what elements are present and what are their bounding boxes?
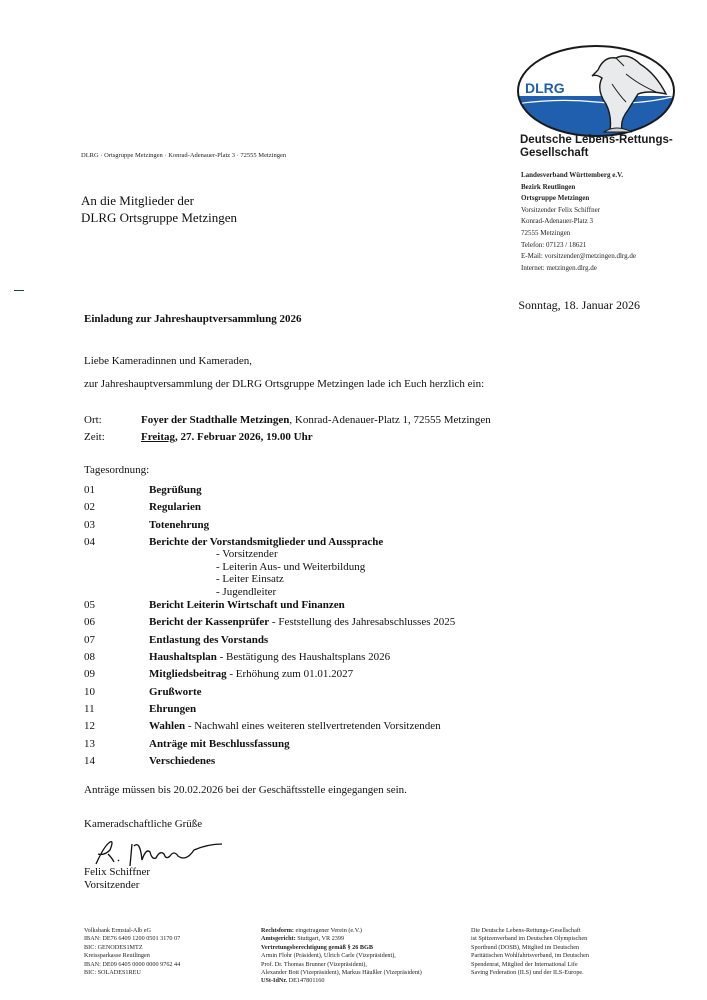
footer-label: Rechtsform: [261, 927, 294, 934]
agenda-number: 12 [84, 718, 149, 735]
sender-return-address: DLRG · Ortsgruppe Metzingen · Konrad-Ade… [81, 152, 286, 159]
agenda-item: 12Wahlen - Nachwahl eines weiteren stell… [84, 718, 455, 735]
footer-line: BIC: GENODES1MTZ [84, 944, 180, 952]
agenda-title: Haushaltsplan [149, 651, 217, 663]
footer-line: USt-IdNr. DE147801160 [261, 977, 422, 985]
footer-value: Prof. Dr. Thomas Brunner (Vizepräsident)… [261, 961, 367, 968]
footer-value: DE147801160 [287, 977, 324, 984]
footer-line: Amtsgericht: Stuttgart, VR 2399 [261, 935, 422, 943]
contact-phone: Telefon: 07123 / 18621 [521, 240, 636, 252]
agenda-detail: - Bestätigung des Haushaltsplans 2026 [217, 651, 390, 663]
footer-line: Armin Flohr (Präsident), Ulrich Carle (V… [261, 952, 422, 960]
agenda-subitems: - Vorsitzender- Leiterin Aus- und Weiter… [84, 548, 455, 598]
agenda-title: Verschiedenes [149, 755, 215, 767]
agenda-item: 11Ehrungen [84, 701, 455, 718]
time-datetime: , 27. Februar 2026, 19.00 Uhr [175, 431, 313, 443]
agenda-title: Entlastung des Vorstands [149, 634, 268, 646]
dlrg-logo: DLRG [516, 44, 676, 138]
agenda-item: 02Regularien [84, 499, 455, 516]
org-name-line: Gesellschaft [520, 147, 673, 160]
agenda-detail: - Feststellung des Jahresabschlusses 202… [269, 616, 455, 628]
agenda-title: Totenehrung [149, 519, 209, 531]
agenda-item: 10Grußworte [84, 684, 455, 701]
signer-role: Vorsitzender [84, 879, 150, 892]
agenda-title: Bericht der Kassenprüfer [149, 616, 269, 628]
agenda-title: Berichte der Vorstandsmitglieder und Aus… [149, 536, 383, 548]
agenda-heading: Tagesordnung: [84, 464, 149, 476]
location-row: Ort:Foyer der Stadthalle Metzingen, Konr… [84, 414, 491, 426]
agenda-number: 05 [84, 597, 149, 614]
signer-block: Felix Schiffner Vorsitzender [84, 866, 150, 892]
footer-line: Sportbund (DOSB), Mitglied im Deutschen [471, 944, 589, 952]
footer-line: Prof. Dr. Thomas Brunner (Vizepräsident)… [261, 961, 422, 969]
letter-date: Sonntag, 18. Januar 2026 [518, 298, 640, 313]
footer-label: Amtsgericht: [261, 935, 296, 942]
agenda-list: 01Begrüßung02Regularien03Totenehrung04Be… [84, 482, 455, 770]
footer-line: Alexander Bott (Vizepräsident), Markus H… [261, 969, 422, 977]
footer-line: Die Deutsche Lebens-Rettungs-Gesellschaf… [471, 927, 589, 935]
fold-mark [14, 290, 24, 291]
agenda-number: 04 [84, 534, 149, 551]
time-day: Freitag [141, 431, 175, 443]
agenda-number: 03 [84, 517, 149, 534]
agenda-title: Bericht Leiterin Wirtschaft und Finanzen [149, 599, 345, 611]
agenda-title: Wahlen [149, 720, 185, 732]
time-label: Zeit: [84, 431, 141, 443]
contact-block: Landesverband Württemberg e.V. Bezirk Re… [521, 170, 636, 274]
agenda-item: 13Anträge mit Beschlussfassung [84, 736, 455, 753]
footer-value: eingetragener Verein (e.V.) [294, 927, 362, 934]
footer-bank-details: Volksbank Ermstal-Alb eGIBAN: DE76 6409 … [84, 927, 180, 977]
agenda-number: 06 [84, 614, 149, 631]
agenda-detail: - Nachwahl eines weiteren stellvertreten… [185, 720, 441, 732]
contact-email[interactable]: E-Mail: vorsitzender@metzingen.dlrg.de [521, 251, 636, 263]
location-label: Ort: [84, 414, 141, 426]
agenda-item: 05Bericht Leiterin Wirtschaft und Finanz… [84, 597, 455, 614]
footer-about: Die Deutsche Lebens-Rettungs-Gesellschaf… [471, 927, 589, 977]
footer-label: Vertretungsberechtigung gemäß § 26 BGB [261, 944, 373, 951]
footer-line: IBAN: DE09 6405 0000 0000 9762 44 [84, 961, 180, 969]
location-address: , Konrad-Adenauer-Platz 1, 72555 Metzing… [289, 414, 490, 426]
agenda-subitem: - Leiterin Aus- und Weiterbildung [216, 561, 455, 574]
footer-value: Stuttgart, VR 2399 [296, 935, 344, 942]
org-name: Deutsche Lebens-Rettungs- Gesellschaft [520, 134, 673, 160]
agenda-item: 08Haushaltsplan - Bestätigung des Hausha… [84, 649, 455, 666]
recipient-address: An die Mitglieder der DLRG Ortsgruppe Me… [81, 192, 237, 226]
agenda-number: 10 [84, 684, 149, 701]
agenda-number: 14 [84, 753, 149, 770]
intro-text: zur Jahreshauptversammlung der DLRG Orts… [84, 378, 484, 390]
footer-label: USt-IdNr. [261, 977, 287, 984]
footer-line: Kreissparkasse Reutlingen [84, 952, 180, 960]
signer-name: Felix Schiffner [84, 866, 150, 879]
footer-value: Alexander Bott (Vizepräsident), Markus H… [261, 969, 422, 976]
closing: Kameradschaftliche Grüße [84, 818, 202, 830]
letter-subject: Einladung zur Jahreshauptversammlung 202… [84, 313, 302, 325]
footer-line: Volksbank Ermstal-Alb eG [84, 927, 180, 935]
svg-text:DLRG: DLRG [525, 80, 565, 96]
contact-line: Konrad-Adenauer-Platz 3 [521, 216, 636, 228]
footer-line: IBAN: DE76 6409 1200 0501 3170 07 [84, 935, 180, 943]
agenda-subitem: - Leiter Einsatz [216, 573, 455, 586]
footer-value: Armin Flohr (Präsident), Ulrich Carle (V… [261, 952, 396, 959]
agenda-number: 01 [84, 482, 149, 499]
contact-line: Vorsitzender Felix Schiffner [521, 205, 636, 217]
agenda-item: 06Bericht der Kassenprüfer - Feststellun… [84, 614, 455, 631]
agenda-item: 09Mitgliedsbeitrag - Erhöhung zum 01.01.… [84, 666, 455, 683]
agenda-detail: - Erhöhung zum 01.01.2027 [227, 668, 353, 680]
footer-line: Vertretungsberechtigung gemäß § 26 BGB [261, 944, 422, 952]
agenda-title: Grußworte [149, 686, 202, 698]
contact-line: Landesverband Württemberg e.V. [521, 170, 636, 182]
salutation: Liebe Kameradinnen und Kameraden, [84, 355, 252, 367]
agenda-item: 14Verschiedenes [84, 753, 455, 770]
time-row: Zeit:Freitag, 27. Februar 2026, 19.00 Uh… [84, 431, 313, 443]
footer-line: ist Spitzenverband im Deutschen Olympisc… [471, 935, 589, 943]
agenda-item: 01Begrüßung [84, 482, 455, 499]
footer-line: Rechtsform: eingetragener Verein (e.V.) [261, 927, 422, 935]
location-venue: Foyer der Stadthalle Metzingen [141, 414, 289, 426]
footer-legal-info: Rechtsform: eingetragener Verein (e.V.)A… [261, 927, 422, 986]
footer-line: BIC: SOLADES1REU [84, 969, 180, 977]
org-name-line: Deutsche Lebens-Rettungs- [520, 134, 673, 147]
agenda-number: 02 [84, 499, 149, 516]
agenda-item: 07Entlastung des Vorstands [84, 632, 455, 649]
agenda-title: Mitgliedsbeitrag [149, 668, 227, 680]
agenda-title: Anträge mit Beschlussfassung [149, 738, 290, 750]
agenda-number: 11 [84, 701, 149, 718]
footer-line: Saving Federation (ILS) und der ILS-Euro… [471, 969, 589, 977]
contact-website[interactable]: Internet: metzingen.dlrg.de [521, 263, 636, 275]
agenda-number: 07 [84, 632, 149, 649]
contact-line: Ortsgruppe Metzingen [521, 193, 636, 205]
agenda-number: 09 [84, 666, 149, 683]
deadline-note: Anträge müssen bis 20.02.2026 bei der Ge… [84, 784, 407, 796]
contact-line: Bezirk Reutlingen [521, 182, 636, 194]
recipient-line: DLRG Ortsgruppe Metzingen [81, 209, 237, 226]
agenda-item: 03Totenehrung [84, 517, 455, 534]
contact-line: 72555 Metzingen [521, 228, 636, 240]
agenda-number: 08 [84, 649, 149, 666]
agenda-title: Regularien [149, 501, 201, 513]
recipient-line: An die Mitglieder der [81, 192, 237, 209]
signature [90, 836, 240, 868]
footer-line: Paritätischen Wohlfahrtsverband, im Deut… [471, 952, 589, 960]
agenda-number: 13 [84, 736, 149, 753]
agenda-title: Ehrungen [149, 703, 196, 715]
footer-line: Spendenrat, Mitglied der International L… [471, 961, 589, 969]
agenda-title: Begrüßung [149, 484, 202, 496]
